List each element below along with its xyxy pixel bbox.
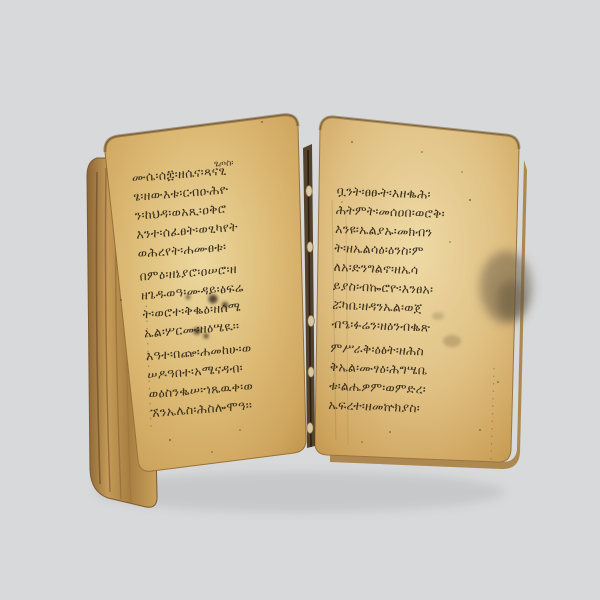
manuscript-photo: ፄጦስ፡ ሙሴ፡ሰ፰፡ዘሴና፡ጻናፂፄ፡ዘውእቱ፡ርብዑሕዮን፡ከህዳ፡ወአጺ፡… bbox=[0, 0, 600, 600]
right-page-text: ቧንት፡ፀፁት፡እዘቈሕ፡ሕትምት፡መሰዐበ፡ወሮቅ፡እንዩ፡ኤልያኡ፡መክብን… bbox=[328, 181, 515, 421]
left-page-text: ሙሴ፡ሰ፰፡ዘሴና፡ጻናፂፄ፡ዘውእቱ፡ርብዑሕዮን፡ከህዳ፡ወአጺ፡ዐቅሮእን… bbox=[131, 154, 332, 422]
